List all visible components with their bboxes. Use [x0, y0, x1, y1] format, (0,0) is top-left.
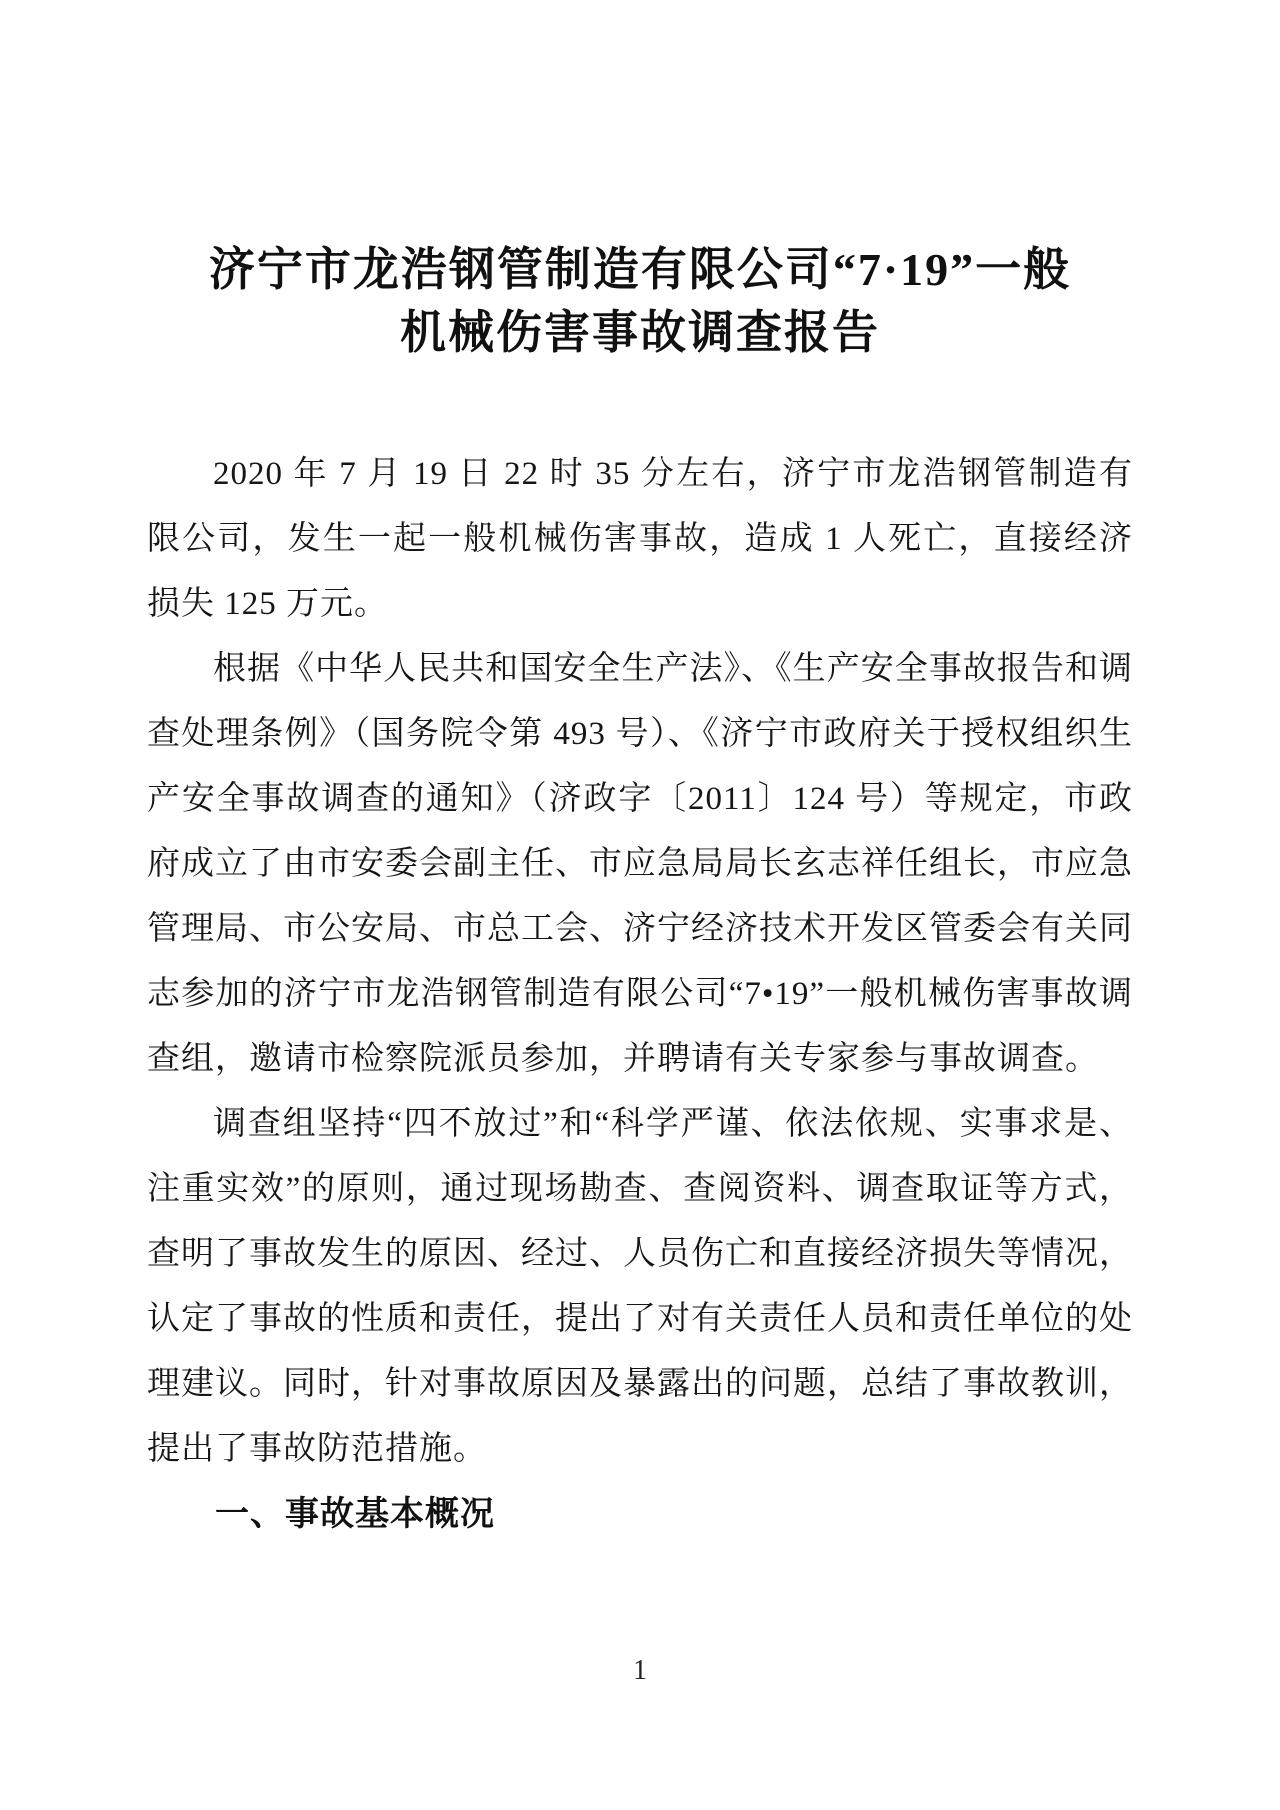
document-title-line-1: 济宁市龙浩钢管制造有限公司“7·19”一般 [147, 238, 1133, 301]
document-content: 济宁市龙浩钢管制造有限公司“7·19”一般 机械伤害事故调查报告 2020 年 … [147, 0, 1133, 1547]
body-paragraph-principles: 调查组坚持“四不放过”和“科学严谨、依法依规、实事求是、注重实效”的原则，通过现… [147, 1092, 1133, 1482]
document-title: 济宁市龙浩钢管制造有限公司“7·19”一般 机械伤害事故调查报告 [147, 238, 1133, 364]
document-title-line-2: 机械伤害事故调查报告 [147, 301, 1133, 364]
body-paragraph-intro: 2020 年 7 月 19 日 22 时 35 分左右，济宁市龙浩钢管制造有限公… [147, 442, 1133, 637]
body-paragraph-basis: 根据《中华人民共和国安全生产法》、《生产安全事故报告和调查处理条例》（国务院令第… [147, 637, 1133, 1092]
document-page: 济宁市龙浩钢管制造有限公司“7·19”一般 机械伤害事故调查报告 2020 年 … [0, 0, 1280, 1810]
page-number: 1 [0, 1655, 1280, 1687]
document-body: 2020 年 7 月 19 日 22 时 35 分左右，济宁市龙浩钢管制造有限公… [147, 442, 1133, 1547]
section-heading: 一、事故基本概况 [147, 1482, 1133, 1547]
